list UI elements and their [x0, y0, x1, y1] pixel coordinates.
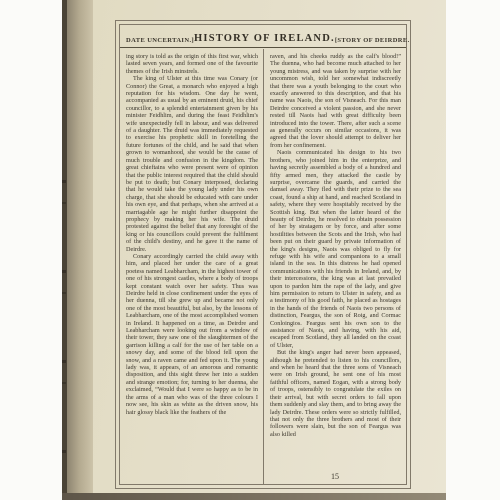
- paragraph: ing story is told as the origin of this …: [126, 53, 258, 75]
- paragraph: Naois communicated his design to his two…: [270, 149, 401, 349]
- header-date-label: DATE UNCERTAIN.]: [126, 37, 194, 44]
- page-gutter-shadow: [67, 0, 93, 500]
- book-page: DATE UNCERTAIN.] HISTORY OF IRELAND. [ST…: [93, 0, 446, 493]
- page-title: HISTORY OF IRELAND.: [194, 33, 335, 44]
- header-story-label: [STORY OF DEIRDRE.: [335, 37, 410, 44]
- book-photo: DATE UNCERTAIN.] HISTORY OF IRELAND. [ST…: [0, 0, 500, 500]
- text-column-left: ing story is told as the origin of this …: [120, 49, 263, 484]
- page-border-frame-inner: DATE UNCERTAIN.] HISTORY OF IRELAND. [ST…: [119, 24, 407, 485]
- paragraph: The king of Ulster at this time was Cona…: [126, 75, 258, 253]
- paragraph: raven, and his cheeks ruddy as the calf'…: [270, 53, 401, 149]
- spine-showthrough-marks: [62, 150, 66, 470]
- running-header: DATE UNCERTAIN.] HISTORY OF IRELAND. [ST…: [120, 25, 406, 48]
- page-number: 15: [264, 472, 406, 481]
- text-column-right: 15 raven, and his cheeks ruddy as the ca…: [263, 49, 406, 484]
- text-columns: ing story is told as the origin of this …: [120, 49, 406, 484]
- page-border-frame: DATE UNCERTAIN.] HISTORY OF IRELAND. [ST…: [115, 20, 411, 489]
- book-bottom-edge: [62, 493, 446, 500]
- paragraph: But the king's anger had never been appe…: [270, 349, 401, 438]
- paragraph: Conary accordingly carried the child awa…: [126, 253, 258, 416]
